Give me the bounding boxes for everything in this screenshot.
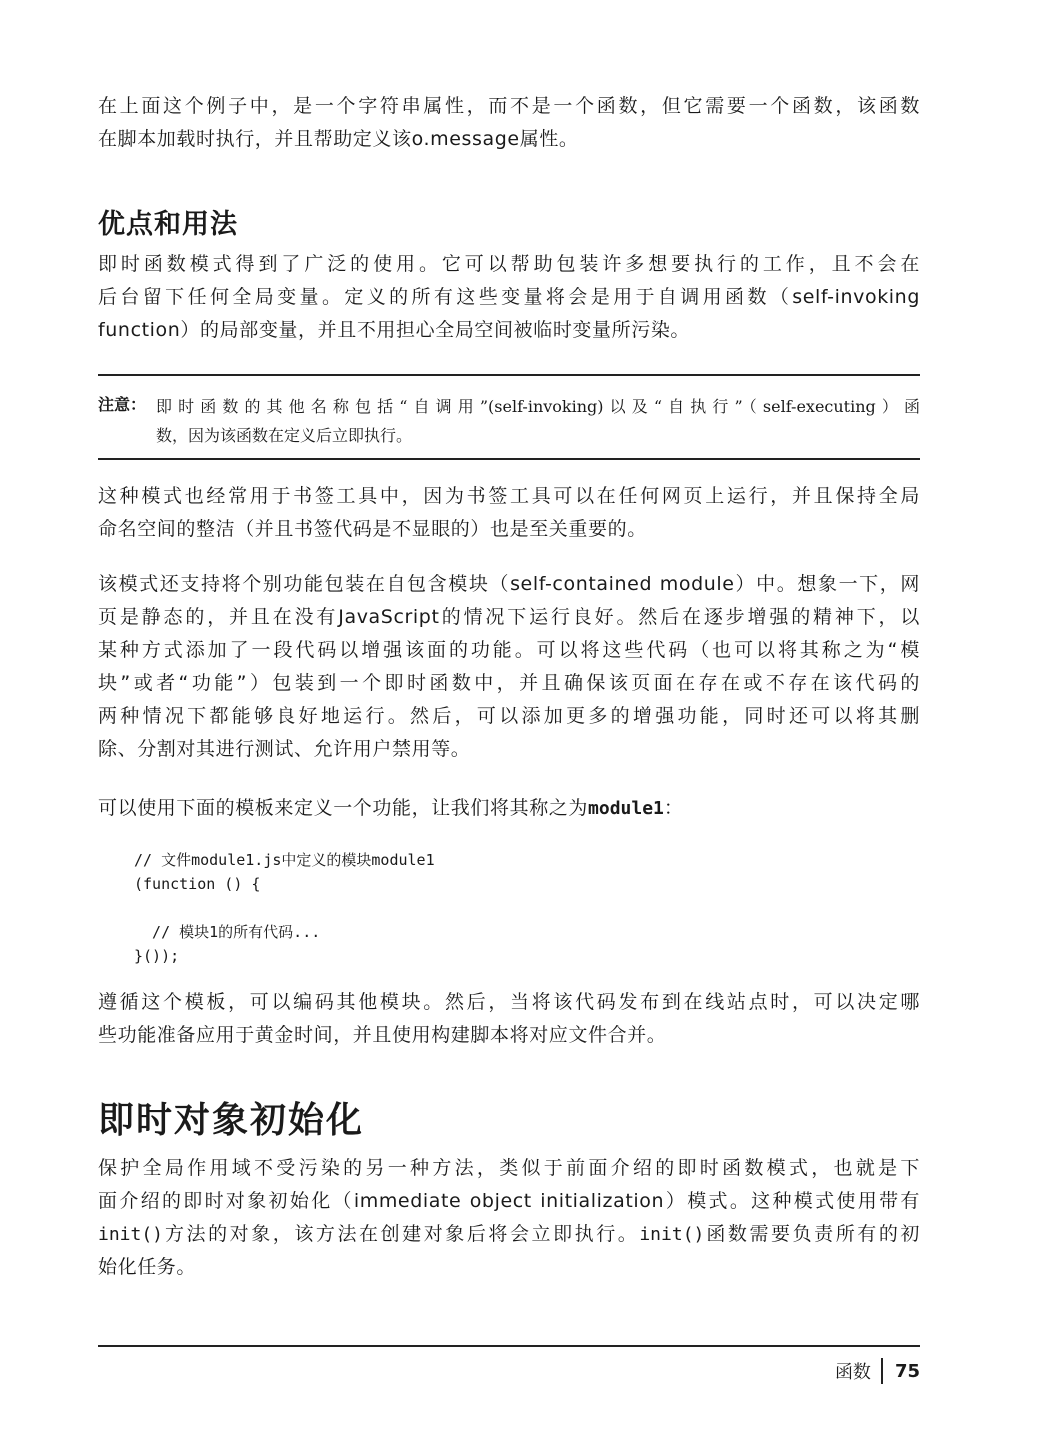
note-text: 即时函数的其他名称包括“自调用”(self-invoking)以及“自执行”（s… <box>156 392 920 450</box>
code-line: ​ <box>134 896 435 920</box>
text-line: 在上面这个例子中，是一个字符串属性，而不是一个函数，但它需要一个函数，该函数 <box>98 90 920 123</box>
page-footer: 函数 75 <box>835 1358 920 1384</box>
text-line: 在脚本加载时执行，并且帮助定义该o.message属性。 <box>98 123 920 156</box>
text-line: 某种方式添加了一段代码以增强该面的功能。可以将这些代码（也可以将其称之为“模 <box>98 634 920 667</box>
template-text-suffix: ： <box>664 797 684 819</box>
text-line: 保护全局作用域不受污染的另一种方法，类似于前面介绍的即时函数模式，也就是下 <box>98 1152 920 1185</box>
text-line: 两种情况下都能够良好地运行。然后，可以添加更多的增强功能，同时还可以将其删 <box>98 700 920 733</box>
text-line: 即时函数的其他名称包括“自调用”(self-invoking)以及“自执行”（s… <box>156 392 920 421</box>
text-line: 数，因为该函数在定义后立即执行。 <box>156 421 920 450</box>
text-line: 遵循这个模板，可以编码其他模块。然后，当将该代码发布到在线站点时，可以决定哪 <box>98 986 920 1019</box>
text-line: 除、分割对其进行测试、允许用户禁用等。 <box>98 733 920 766</box>
text-line: 块”或者“功能”）包装到一个即时函数中，并且确保该页面在存在或不存在该代码的 <box>98 667 920 700</box>
text-segment: 函数需要负责所有的初 <box>704 1223 920 1245</box>
text-line: 些功能准备应用于黄金时间，并且使用构建脚本将对应文件合并。 <box>98 1019 920 1052</box>
footer-divider <box>98 1345 920 1347</box>
template-text-prefix: 可以使用下面的模板来定义一个功能，让我们将其称之为 <box>98 797 588 819</box>
advantages-paragraph: 即时函数模式得到了广泛的使用。它可以帮助包装许多想要执行的工作，且不会在 后台留… <box>98 248 920 347</box>
text-line: 该模式还支持将个别功能包装在自包含模块（self-contained modul… <box>98 568 920 601</box>
note-box: 注意： 即时函数的其他名称包括“自调用”(self-invoking)以及“自执… <box>98 374 920 460</box>
inline-code-module1: module1 <box>588 798 664 819</box>
section-heading-object-init: 即时对象初始化 <box>98 1092 364 1143</box>
note-label: 注意： <box>98 392 146 415</box>
code-line: // 文件module1.js中定义的模块module1 <box>134 848 435 872</box>
intro-paragraph: 在上面这个例子中，是一个字符串属性，而不是一个函数，但它需要一个函数，该函数 在… <box>98 90 920 156</box>
page-number: 75 <box>895 1361 920 1382</box>
text-line: 即时函数模式得到了广泛的使用。它可以帮助包装许多想要执行的工作，且不会在 <box>98 248 920 281</box>
footer-separator <box>881 1358 883 1384</box>
text-line: 命名空间的整洁（并且书签代码是不显眼的）也是至关重要的。 <box>98 513 920 546</box>
text-segment: 方法的对象，该方法在创建对象后将会立即执行。 <box>163 1223 639 1245</box>
code-line: (function () { <box>134 872 435 896</box>
template-paragraph: 可以使用下面的模板来定义一个功能，让我们将其称之为module1： <box>98 792 920 825</box>
bookmarklets-paragraph: 这种模式也经常用于书签工具中，因为书签工具可以在任何网页上运行，并且保持全局 命… <box>98 480 920 546</box>
footer-chapter-title: 函数 <box>835 1358 871 1384</box>
text-line: init()方法的对象，该方法在创建对象后将会立即执行。init()函数需要负责… <box>98 1218 920 1251</box>
text-line: 页是静态的，并且在没有JavaScript的情况下运行良好。然后在逐步增强的精神… <box>98 601 920 634</box>
text-line: 这种模式也经常用于书签工具中，因为书签工具可以在任何网页上运行，并且保持全局 <box>98 480 920 513</box>
code-line: // 模块1的所有代码... <box>134 920 435 944</box>
text-line: 可以使用下面的模板来定义一个功能，让我们将其称之为module1： <box>98 792 920 825</box>
inline-code-init: init() <box>639 1224 704 1245</box>
text-line: 后台留下任何全局变量。定义的所有这些变量将会是用于自调用函数（self-invo… <box>98 281 920 314</box>
code-line: }()); <box>134 944 435 968</box>
section-heading-advantages: 优点和用法 <box>98 202 238 241</box>
text-line: function）的局部变量，并且不用担心全局空间被临时变量所污染。 <box>98 314 920 347</box>
follow-paragraph: 遵循这个模板，可以编码其他模块。然后，当将该代码发布到在线站点时，可以决定哪 些… <box>98 986 920 1052</box>
modules-paragraph: 该模式还支持将个别功能包装在自包含模块（self-contained modul… <box>98 568 920 766</box>
inline-code-init: init() <box>98 1224 163 1245</box>
text-line: 面介绍的即时对象初始化（immediate object initializat… <box>98 1185 920 1218</box>
code-block: // 文件module1.js中定义的模块module1(function ()… <box>134 848 435 968</box>
text-line: 始化任务。 <box>98 1251 920 1284</box>
object-init-paragraph: 保护全局作用域不受污染的另一种方法，类似于前面介绍的即时函数模式，也就是下 面介… <box>98 1152 920 1284</box>
